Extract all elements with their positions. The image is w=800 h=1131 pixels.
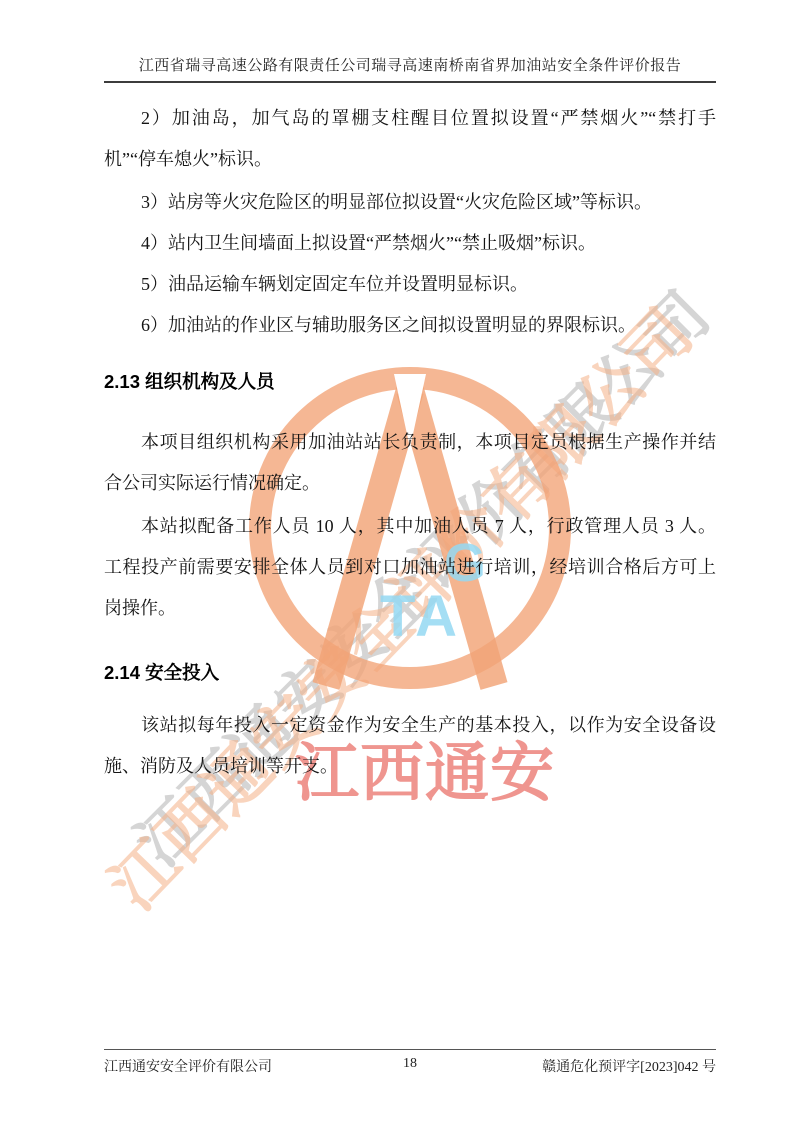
paragraph-item-4: 4）站内卫生间墙面上拟设置“严禁烟火”“禁止吸烟”标识。: [104, 223, 716, 264]
body-line: 合公司实际运行情况确定。: [104, 463, 716, 504]
body-line: 施、消防及人员培训等开支。: [104, 746, 716, 787]
body-line: 工程投产前需要安排全体人员到对口加油站进行培训，经培训合格后方可上: [104, 547, 716, 588]
body-line: 该站拟每年投入一定资金作为安全生产的基本投入，以作为安全设备设: [104, 705, 716, 746]
paragraph-item-2: 2）加油岛，加气岛的罩棚支柱醒目位置拟设置“严禁烟火”“禁打手 机”“停车熄火”…: [104, 98, 716, 180]
body-line: 机”“停车熄火”标识。: [104, 139, 716, 180]
section-heading-2-14: 2.14 安全投入: [104, 659, 716, 687]
body-line: 4）站内卫生间墙面上拟设置“严禁烟火”“禁止吸烟”标识。: [104, 223, 716, 264]
paragraph-safety-investment: 该站拟每年投入一定资金作为安全生产的基本投入，以作为安全设备设 施、消防及人员培…: [104, 705, 716, 787]
body-line: 本站拟配备工作人员 10 人，其中加油人员 7 人，行政管理人员 3 人。: [104, 506, 716, 547]
footer-rule: [104, 1049, 716, 1050]
body-line: 2）加油岛，加气岛的罩棚支柱醒目位置拟设置“严禁烟火”“禁打手: [104, 98, 716, 139]
page-header-title: 江西省瑞寻高速公路有限责任公司瑞寻高速南桥南省界加油站安全条件评价报告: [104, 54, 716, 75]
content-layer: 江西省瑞寻高速公路有限责任公司瑞寻高速南桥南省界加油站安全条件评价报告 2）加油…: [0, 0, 800, 1131]
body-line: 本项目组织机构采用加油站站长负责制，本项目定员根据生产操作并结: [104, 422, 716, 463]
document-page: 江西通安安全评价有限公司 江西通安安全评价有限公司 G TA 江西通安 江西省瑞…: [0, 0, 800, 1131]
body-line: 3）站房等火灾危险区的明显部位拟设置“火灾危险区域”等标识。: [104, 182, 716, 223]
header-rule: [104, 81, 716, 83]
paragraph-item-6: 6）加油站的作业区与辅助服务区之间拟设置明显的界限标识。: [104, 305, 716, 346]
body-line: 岗操作。: [104, 588, 716, 629]
body-line: 5）油品运输车辆划定固定车位并设置明显标识。: [104, 264, 716, 305]
body-line: 6）加油站的作业区与辅助服务区之间拟设置明显的界限标识。: [104, 305, 716, 346]
paragraph-item-3: 3）站房等火灾危险区的明显部位拟设置“火灾危险区域”等标识。: [104, 182, 716, 223]
paragraph-item-5: 5）油品运输车辆划定固定车位并设置明显标识。: [104, 264, 716, 305]
paragraph-staffing: 本站拟配备工作人员 10 人，其中加油人员 7 人，行政管理人员 3 人。 工程…: [104, 506, 716, 629]
footer-doc-number: 赣通危化预评字[2023]042 号: [542, 1056, 716, 1076]
section-heading-2-13: 2.13 组织机构及人员: [104, 368, 716, 396]
paragraph-organization: 本项目组织机构采用加油站站长负责制，本项目定员根据生产操作并结 合公司实际运行情…: [104, 422, 716, 504]
